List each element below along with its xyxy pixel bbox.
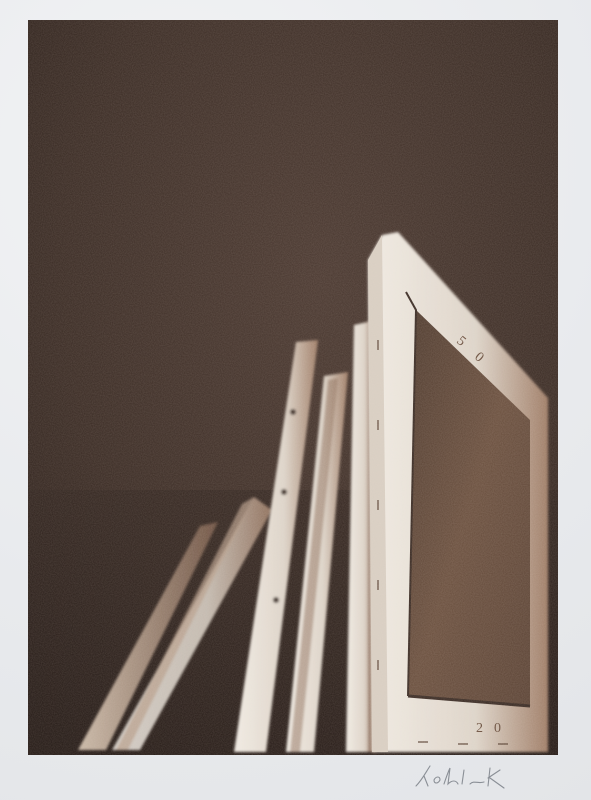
photograph: 5 0 2 0	[28, 20, 558, 755]
pencil-signature	[412, 762, 532, 792]
photo-print: 5 0 2 0	[28, 20, 558, 755]
